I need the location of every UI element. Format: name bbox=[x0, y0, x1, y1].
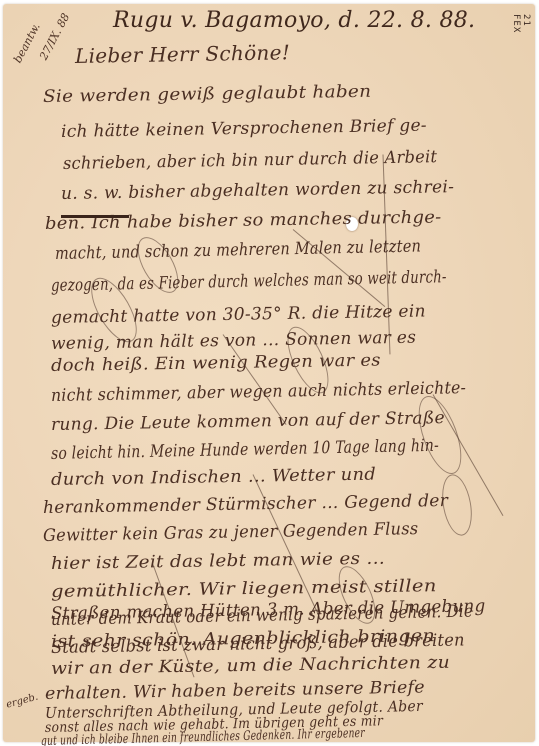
ink-underline bbox=[61, 215, 129, 218]
ink-loop bbox=[410, 391, 470, 480]
body-line: Gewitter kein Gras zu jener Gegenden Flu… bbox=[43, 519, 419, 546]
body-line: durch von Indischen ... Wetter und bbox=[51, 465, 376, 490]
margin-note-line-2: 27/IX. 88 bbox=[37, 11, 72, 62]
body-line: ben. Ich habe bisher so manches durchge- bbox=[45, 207, 442, 234]
body-line: doch heiß. Ein wenig Regen war es bbox=[51, 351, 381, 376]
margin-note-right: 21 FEX bbox=[511, 14, 531, 33]
body-line: macht, und schon zu mehreren Malen zu le… bbox=[55, 236, 421, 264]
ink-loop bbox=[438, 472, 476, 538]
body-line: rung. Die Leute kommen von auf der Straß… bbox=[51, 408, 445, 435]
place-date-heading: Rugu v. Bagamoyo, d. 22. 8. 88. bbox=[113, 8, 475, 33]
salutation: Lieber Herr Schöne! bbox=[75, 40, 290, 68]
body-line: herankommender Stürmischer ... Gegend de… bbox=[43, 491, 448, 518]
postcard-paper: beantw. 27/IX. 88 21 FEX Rugu v. Bagamoy… bbox=[3, 4, 535, 742]
body-line: u. s. w. bisher abgehalten worden zu sch… bbox=[61, 177, 455, 204]
body-line: hier ist Zeit das lebt man wie es ... bbox=[51, 549, 385, 574]
body-line: Sie werden gewiß geglaubt haben bbox=[43, 82, 372, 107]
margin-note-date: 27/IX. 88 bbox=[37, 11, 72, 62]
margin-note-line-1: beantw. bbox=[11, 21, 43, 65]
body-line: nicht schimmer, aber wegen auch nichts e… bbox=[51, 378, 466, 406]
body-line: schrieben, aber ich bin nur durch die Ar… bbox=[63, 147, 438, 174]
body-line: ich hätte keinen Versprochenen Brief ge- bbox=[61, 116, 427, 142]
body-line: so leicht hin. Meine Hunde werden 10 Tag… bbox=[51, 436, 439, 464]
margin-note-answered: beantw. bbox=[11, 21, 43, 65]
margin-note-bottom-left: ergeb. bbox=[5, 692, 39, 711]
